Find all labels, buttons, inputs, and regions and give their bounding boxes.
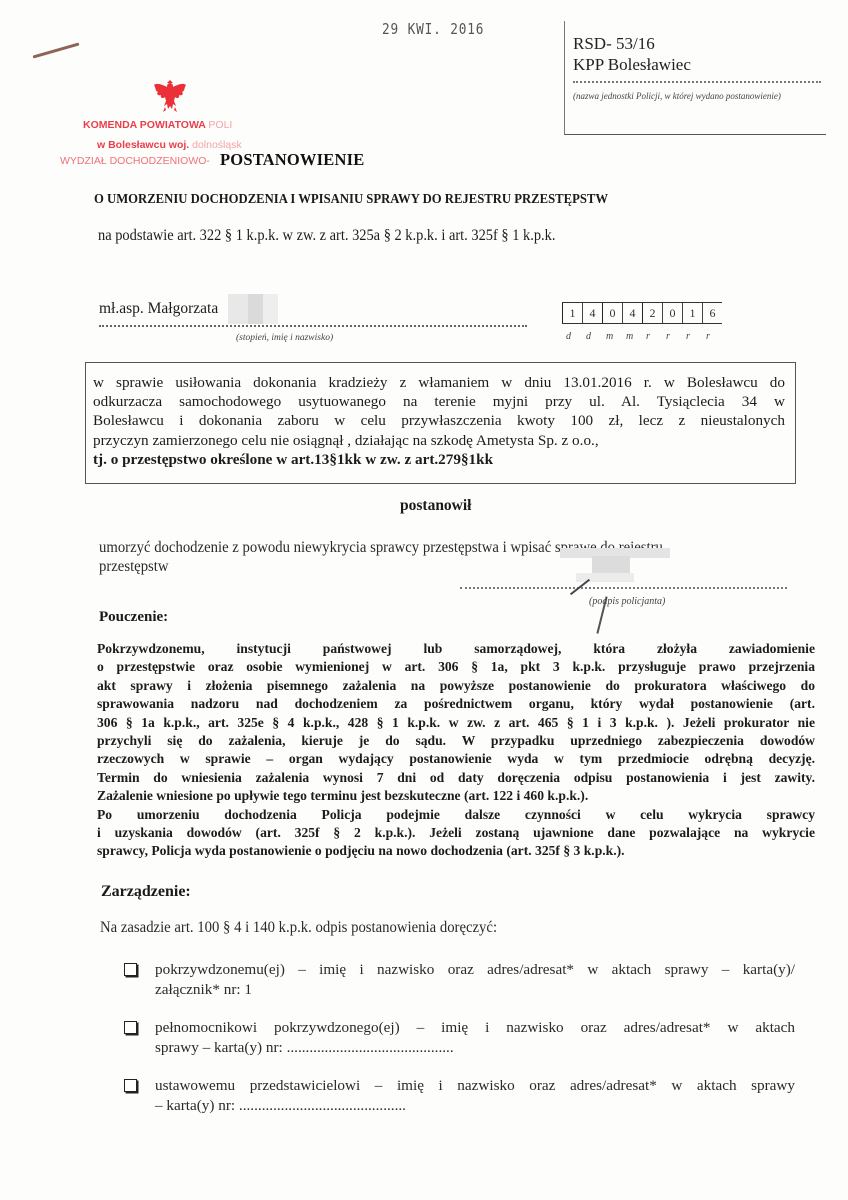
recipient-item-legal-representative: ustawowemu przedstawicielowi – imię i na…	[124, 1076, 794, 1121]
date-digit: 1	[682, 303, 702, 323]
date-legend-char: r	[666, 331, 686, 342]
instruction-text: Pokrzywdzonemu, instytucji państwowej lu…	[97, 640, 815, 861]
recipient-item-attorney: pełnomocnikowi pokrzywdzonego(ej) – imię…	[124, 1018, 794, 1063]
officer-caption: (stopień, imię i nazwisko)	[236, 333, 333, 343]
date-legend-char: r	[706, 331, 726, 342]
recipient-line: pokrzywdzonemu(ej) – imię i nazwisko ora…	[155, 960, 795, 980]
facts-line: odkurzacza samochodowego usytuowanego na…	[93, 392, 785, 411]
instruction-line: sprawowania nadzoru nad dochodzeniem za …	[97, 695, 815, 713]
recipient-line: sprawy – karta(y) nr: ..................…	[155, 1038, 795, 1058]
instruction-line: Zażalenie wniesione po upływie tego term…	[97, 787, 815, 805]
document-subtitle: O UMORZENIU DOCHODZENIA I WPISANIU SPRAW…	[94, 191, 608, 207]
instruction-line: Po umorzeniu dochodzenia Policja podejmi…	[97, 806, 815, 824]
case-number: RSD- 53/16	[573, 34, 655, 54]
date-digit: 4	[582, 303, 602, 323]
facts-line: przyczyn zamierzonego celu nie osiągnął …	[93, 431, 785, 450]
facts-line: Bolesławcu i dokonania zaboru w celu prz…	[93, 411, 785, 430]
legal-basis: na podstawie art. 322 § 1 k.p.k. w zw. z…	[98, 227, 555, 245]
recipient-checkbox[interactable]	[124, 1079, 137, 1092]
redacted-surname	[228, 294, 278, 324]
decision-line: przestępstw	[99, 557, 745, 576]
officer-name: mł.asp. Małgorzata	[99, 300, 218, 318]
date-digit: 4	[622, 303, 642, 323]
order-heading: Zarządzenie:	[101, 883, 191, 901]
offense-qualification: tj. o przestępstwo określone w art.13§1k…	[93, 450, 785, 469]
recipient-line: – karta(y) nr: .........................…	[155, 1096, 795, 1116]
pen-mark	[33, 42, 80, 58]
polish-eagle-icon	[152, 80, 188, 114]
header-unit-line-3: WYDZIAŁ DOCHODZENIOWO-	[60, 155, 210, 167]
instruction-line: i uzyskania dowodów (art. 325f § 2 k.p.k…	[97, 824, 815, 842]
order-basis: Na zasadzie art. 100 § 4 i 140 k.p.k. od…	[100, 919, 497, 937]
instruction-line: Pokrzywdzonemu, instytucji państwowej lu…	[97, 640, 815, 658]
instruction-line: przychyli się do zażalenia, kieruje je d…	[97, 732, 815, 750]
header-unit-line-1: KOMENDA POWIATOWA POLI	[83, 119, 232, 131]
date-field: 1 4 0 4 2 0 1 6	[562, 302, 722, 324]
recipient-line: ustawowemu przedstawicielowi – imię i na…	[155, 1076, 795, 1096]
date-digit: 0	[662, 303, 682, 323]
date-legend: d d m m r r r r	[566, 331, 726, 342]
recipient-line: pełnomocnikowi pokrzywdzonego(ej) – imię…	[155, 1018, 795, 1038]
instruction-heading: Pouczenie:	[99, 609, 168, 626]
recipient-item-victim: pokrzywdzonemu(ej) – imię i nazwisko ora…	[124, 960, 794, 1005]
dotted-line	[99, 325, 527, 327]
case-reference-box: RSD- 53/16 KPP Bolesławiec (nazwa jednos…	[564, 21, 826, 135]
date-legend-char: r	[686, 331, 706, 342]
instruction-line: o przestępstwie oraz osobie wymienionej …	[97, 658, 815, 676]
case-facts-text: w sprawie usiłowania dokonania kradzieży…	[93, 373, 785, 469]
date-digit: 6	[702, 303, 722, 323]
date-legend-char: m	[626, 331, 646, 342]
case-facts-box: w sprawie usiłowania dokonania kradzieży…	[85, 362, 796, 484]
instruction-line: akt sprawy i złożenia pisemnego zażaleni…	[97, 677, 815, 695]
received-date-stamp: 29 KWI. 2016	[382, 20, 484, 38]
decision-heading: postanowił	[400, 497, 472, 515]
recipient-checkbox[interactable]	[124, 1021, 137, 1034]
instruction-line: rzeczowych w sprawie – organ wydający po…	[97, 750, 815, 768]
date-digit: 1	[562, 303, 582, 323]
date-legend-char: r	[646, 331, 666, 342]
instruction-line: sprawcy, Policja wyda postanowienie o po…	[97, 842, 815, 860]
recipient-line: załącznik* nr: 1	[155, 980, 795, 1000]
police-unit-caption: (nazwa jednostki Policji, w której wydan…	[573, 91, 781, 101]
recipient-checkbox[interactable]	[124, 963, 137, 976]
dotted-line	[573, 81, 821, 83]
instruction-line: Termin do wniesienia zażalenia wynosi 7 …	[97, 769, 815, 787]
document-title: POSTANOWIENIE	[220, 150, 364, 170]
date-digit: 0	[602, 303, 622, 323]
date-digit: 2	[642, 303, 662, 323]
signature-caption: (podpis policjanta)	[589, 596, 665, 607]
date-legend-char: m	[606, 331, 626, 342]
police-unit: KPP Bolesławiec	[573, 55, 691, 75]
date-legend-char: d	[566, 331, 586, 342]
signature-line	[460, 587, 787, 589]
facts-line: w sprawie usiłowania dokonania kradzieży…	[93, 373, 785, 392]
instruction-line: 306 § 1a k.p.k., art. 325e § 4 k.p.k., 4…	[97, 714, 815, 732]
date-legend-char: d	[586, 331, 606, 342]
